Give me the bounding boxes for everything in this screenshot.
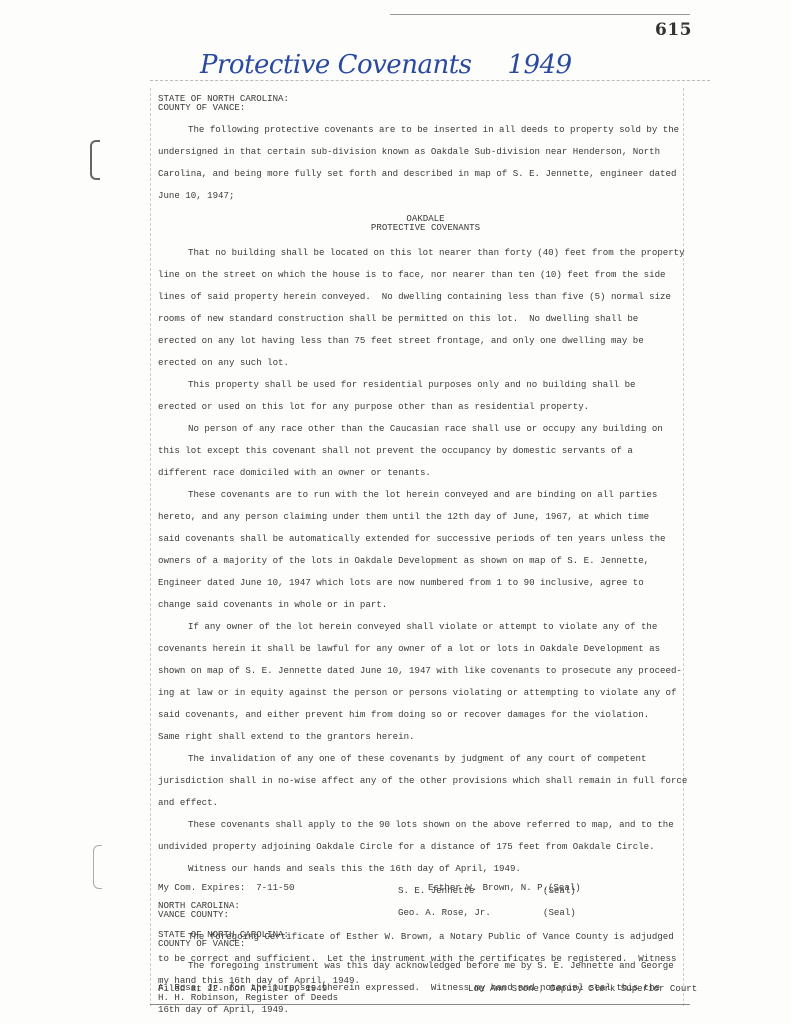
covenant-line: said covenants, and either prevent him f… (158, 710, 649, 720)
witness-line: Witness our hands and seals this the 16t… (158, 864, 521, 874)
covenant-line: lines of said property herein conveyed. … (158, 292, 671, 302)
covenant-line: These covenants are to run with the lot … (158, 490, 657, 500)
covenant-line: ing at law or in equity against the pers… (158, 688, 676, 698)
covenant-line: and effect. (158, 798, 218, 808)
covenant-line: this lot except this covenant shall not … (158, 446, 633, 456)
covenant-line: Same right shall extend to the grantors … (158, 732, 415, 742)
certificate-line: to be correct and sufficient. Let the in… (158, 954, 676, 964)
notary-seal: (Seal) (548, 883, 581, 893)
notary-name: Esther W. Brown, N. P. (428, 883, 548, 893)
document-page: 615 Protective Covenants1949 STATE OF NO… (0, 0, 791, 1024)
covenant-line: erected on any lot having less than 75 f… (158, 336, 644, 346)
header-county: COUNTY OF VANCE: (158, 103, 245, 113)
title-underline (150, 80, 710, 81)
intro-line: undersigned in that certain sub-division… (158, 147, 660, 157)
section-title-2: PROTECTIVE COVENANTS (158, 223, 693, 233)
covenant-line: shown on map of S. E. Jennette dated Jun… (158, 666, 682, 676)
page-number: 615 (655, 20, 692, 40)
covenant-line: owners of a majority of the lots in Oakd… (158, 556, 649, 566)
header-county: VANCE COUNTY: (158, 910, 229, 920)
covenant-line: rooms of new standard construction shall… (158, 314, 638, 324)
handwritten-title: Protective Covenants1949 (200, 50, 572, 80)
handwritten-year: 1949 (507, 50, 571, 80)
covenant-line: Engineer dated June 10, 1947 which lots … (158, 578, 644, 588)
intro-line: June 10, 1947; (158, 191, 234, 201)
bottom-rule (150, 1004, 690, 1005)
margin-bracket-mark (93, 845, 102, 889)
certificate-line: The foregoing Certificate of Esther W. B… (158, 932, 674, 942)
acknowledgment-line: 16th day of April, 1949. (158, 1005, 289, 1015)
top-rule (390, 14, 690, 15)
covenant-line: No person of any race other than the Cau… (158, 424, 663, 434)
covenant-line: different race domiciled with an owner o… (158, 468, 431, 478)
covenant-line: covenants herein it shall be lawful for … (158, 644, 660, 654)
covenant-line: If any owner of the lot herein conveyed … (158, 622, 657, 632)
covenant-line: erected on any such lot. (158, 358, 289, 368)
covenant-line: The invalidation of any one of these cov… (158, 754, 646, 764)
intro-line: Carolina, and being more fully set forth… (158, 169, 676, 179)
covenant-line: undivided property adjoining Oakdale Cir… (158, 842, 655, 852)
covenant-line: line on the street on which the house is… (158, 270, 666, 280)
covenant-line: hereto, and any person claiming under th… (158, 512, 649, 522)
covenant-line: This property shall be used for resident… (158, 380, 636, 390)
margin-bracket-mark (90, 140, 100, 180)
page-frame-left (150, 88, 151, 1006)
register-line: H. H. Robinson, Register of Deeds (158, 993, 338, 1003)
handwritten-title-text: Protective Covenants (200, 50, 471, 80)
covenant-line: That no building shall be located on thi… (158, 248, 685, 258)
intro-line: The following protective covenants are t… (158, 125, 679, 135)
clerk-line: Lou Ann Stone, Deputy Clerk Superior Cou… (468, 984, 697, 994)
covenant-line: said covenants shall be automatically ex… (158, 534, 666, 544)
signature-seal: (Seal) (543, 908, 576, 918)
covenant-line: erected or used on this lot for any purp… (158, 402, 589, 412)
covenant-line: change said covenants in whole or in par… (158, 600, 387, 610)
notary-commission: My Com. Expires: 7-11-50 (158, 883, 294, 893)
covenant-line: jurisdiction shall in no-wise affect any… (158, 776, 687, 786)
covenant-line: These covenants shall apply to the 90 lo… (158, 820, 674, 830)
signature-name: Geo. A. Rose, Jr. (398, 908, 491, 918)
